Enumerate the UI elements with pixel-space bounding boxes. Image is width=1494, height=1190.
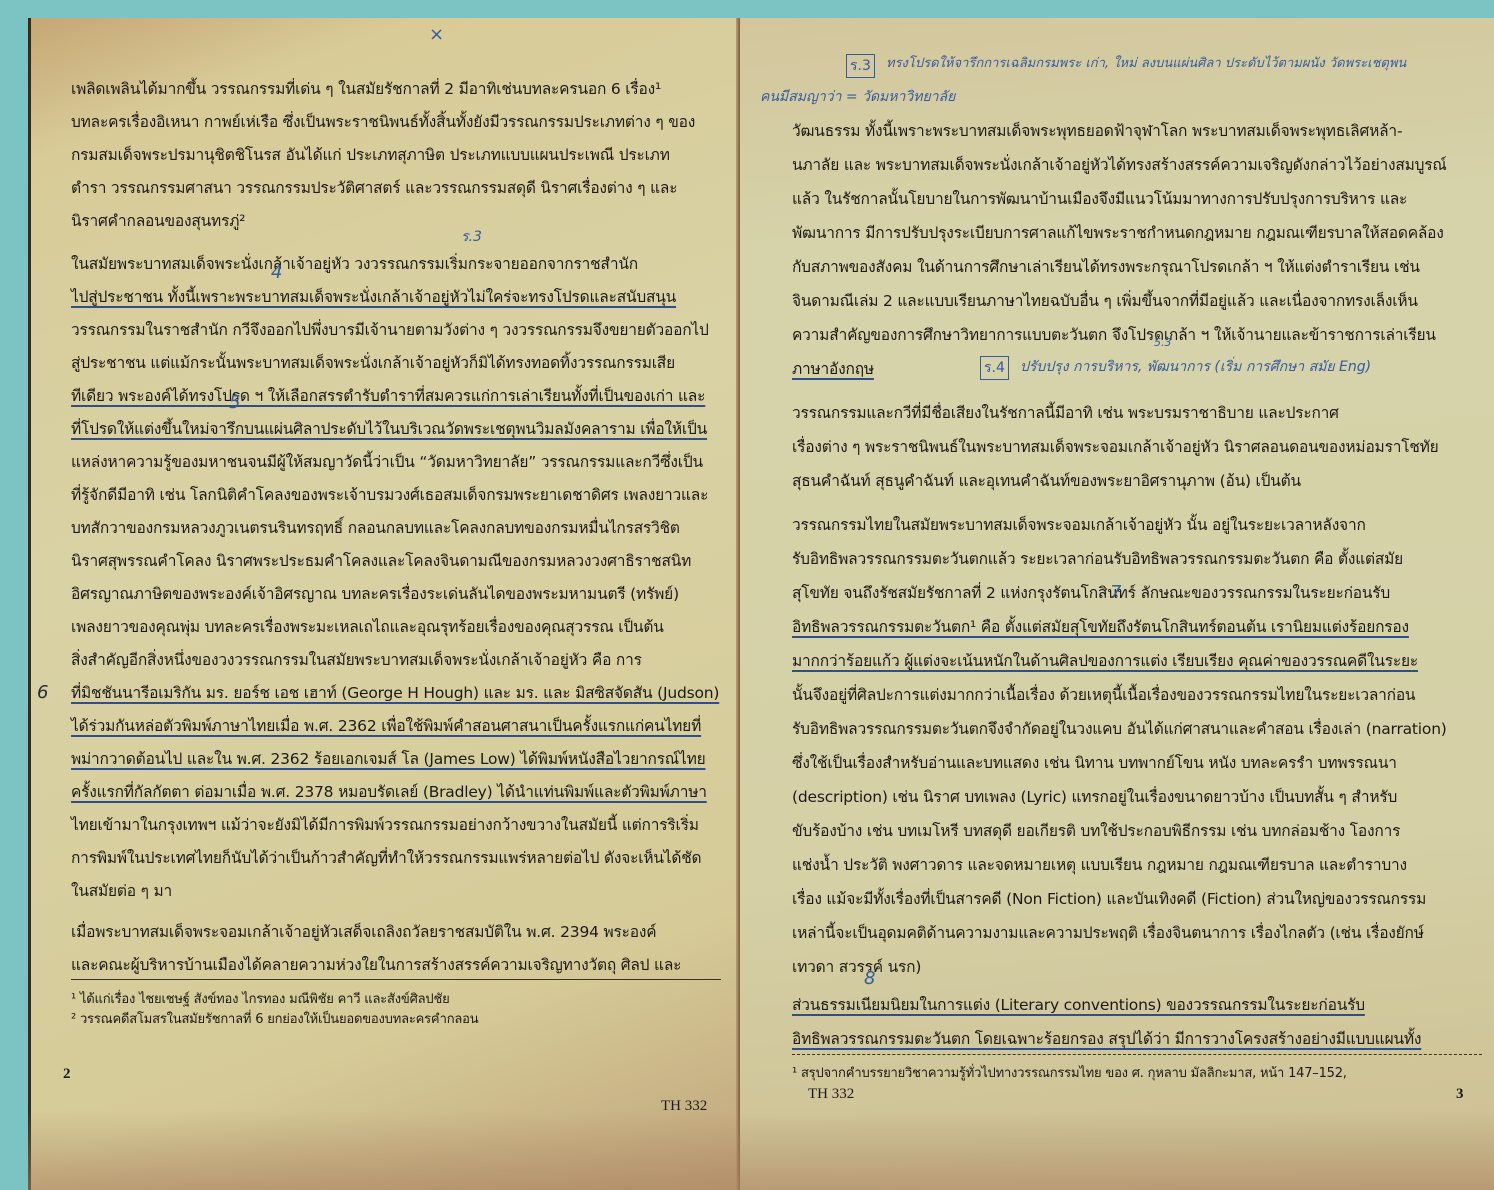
text-line: รับอิทธิพลวรรณกรรมตะวันตกแล้ว ระยะเวลาก่… [792,546,1403,571]
text-line: ที่มิชชันนารีอเมริกัน มร. ยอร์ช เอช เฮาท… [71,680,719,705]
text-line: การพิมพ์ในประเทศไทยก็นับได้ว่าเป็นก้าวสำ… [71,845,701,870]
text-line: ได้ร่วมกันหล่อตัวพิมพ์ภาษาไทยเมื่อ พ.ศ. … [71,713,701,738]
text-line: แช่งน้ำ ประวัติ พงศาวดาร และจดหมายเหตุ แ… [792,852,1407,877]
text-line: อิทธิพลวรรณกรรมตะวันตก¹ คือ ตั้งแต่สมัยส… [792,614,1409,639]
text-line: มากกว่าร้อยแก้ว ผู้แต่งจะเน้นหนักในด้านศ… [792,648,1418,673]
paper-stain [28,1110,1494,1190]
text-line: สุโขทัย จนถึงรัชสมัยรัชกาลที่ 2 แห่งกรุง… [792,580,1390,605]
text-line: บทละครเรื่องอิเหนา กาพย์เห่เรือ ซึ่งเป็น… [71,109,695,134]
page-number: 2 [63,1066,71,1083]
text-line: ในสมัยต่อ ๆ มา [71,878,172,903]
text-line: นั้นจึงอยู่ที่ศิลปะการแต่งมากกว่าเนื้อเร… [792,682,1415,707]
text-line: แล้ว ในรัชกาลนั้นโยบายในการพัฒนาบ้านเมือ… [792,186,1407,211]
text-line: จินดามณีเล่ม 2 และแบบเรียนภาษาไทยฉบับอื่… [792,288,1418,313]
handwritten-note: คนมีสมญาว่า = วัดมหาวิทยาลัย [760,86,955,108]
text-line: รับอิทธิพลวรรณกรรมตะวันตกจึงจำกัดอยู่ในว… [792,716,1447,741]
handwritten-mark: 8 [864,968,875,989]
course-code: TH 332 [808,1086,854,1103]
text-line: ไทยเข้ามาในกรุงเทพฯ แม้ว่าจะยังมิได้มีกา… [71,812,699,837]
text-line: นิราศสุพรรณคำโคลง นิราศพระประธมคำโคลงและ… [71,548,691,573]
text-line: เหล่านี้จะเป็นอุดมคติด้านความงามและความป… [792,920,1424,945]
handwritten-note: ทรงโปรดให้จารึกการเฉลิมกรมพระ เก่า, ใหม่… [886,52,1406,73]
text-line: ภาษาอังกฤษ [792,356,874,381]
text-line: พม่ากวาดต้อนไป และใน พ.ศ. 2362 ร้อยเอกเจ… [71,746,705,771]
handwritten-box: ร.3 [846,54,875,78]
text-line: (description) เช่น นิราศ บทเพลง (Lyric) … [792,784,1397,809]
handwritten-mark: × [429,24,444,45]
footnote: ¹ ได้แก่เรื่อง ไชยเชษฐ์ สังข์ทอง ไกรทอง … [71,988,450,1009]
handwritten-note: 5.3 [1154,336,1172,349]
text-line: พัฒนาการ มีการปรับปรุงระเบียบการศาลแก้ไข… [792,220,1444,245]
text-line: ตำรา วรรณกรรมศาสนา วรรณกรรมประวัติศาสตร์… [71,175,677,200]
text-line: วรรณกรรมในราชสำนัก กวีจึงออกไปพึ่งบารมีเ… [71,317,709,342]
text-line: ในสมัยพระบาทสมเด็จพระนั่งเกล้าเจ้าอยู่หั… [71,251,638,276]
page-number: 3 [1456,1086,1464,1103]
text-line: นิราศคำกลอนของสุนทรภู่² [71,208,245,233]
text-line: นภาลัย และ พระบาทสมเด็จพระนั่งเกล้าเจ้าอ… [792,152,1447,177]
text-line: เมื่อพระบาทสมเด็จพระจอมเกล้าเจ้าอยู่หัวเ… [71,919,656,944]
text-line: ไปสู่ประชาชน ทั้งนี้เพราะพระบาทสมเด็จพระ… [71,284,676,309]
text-line: ส่วนธรรมเนียมนิยมในการแต่ง (Literary con… [792,992,1365,1017]
text-line: และคณะผู้บริหารบ้านเมืองได้คลายความห่วงใ… [71,952,681,977]
text-line: อิศรญาณภาษิตของพระองค์เจ้าอิศรญาณ บทละคร… [71,581,679,606]
text-line: เรื่องต่าง ๆ พระราชนิพนธ์ในพระบาทสมเด็จพ… [792,434,1439,459]
open-book: เพลิดเพลินได้มากขึ้น วรรณกรรมที่เด่น ๆ ใ… [28,18,1494,1190]
handwritten-box: ร.4 [980,356,1009,380]
handwritten-mark: ร.3 [461,226,482,248]
text-line: แหล่งหาความรู้ของมหาชนจนมีผู้ให้สมญาวัดน… [71,449,703,474]
handwritten-mark: 6 [37,682,48,703]
handwritten-note: ปรับปรุง การบริหาร, พัฒนาการ (เริ่ม การศ… [1020,356,1371,378]
text-line: สิ่งสำคัญอีกสิ่งหนึ่งของวงวรรณกรรมในสมัย… [71,647,642,672]
text-line: กรมสมเด็จพระปรมานุชิตชิโนรส อันได้แก่ ปร… [71,142,670,167]
text-line: วรรณกรรมและกวีที่มีชื่อเสียงในรัชกาลนี้ม… [792,400,1339,425]
text-line: ครั้งแรกที่กัลกัตตา ต่อมาเมื่อ พ.ศ. 2378… [71,779,707,804]
right-page: ร.3 ทรงโปรดให้จารึกการเฉลิมกรมพระ เก่า, … [740,18,1494,1190]
text-line: ความสำคัญของการศึกษาวิทยาการแบบตะวันตก จ… [792,322,1436,347]
footnote: ² วรรณคดีสโมสรในสมัยรัชกาลที่ 6 ยกย่องให… [71,1008,478,1029]
text-line: วัฒนธรรม ทั้งนี้เพราะพระบาทสมเด็จพระพุทธ… [792,118,1402,143]
text-line: ซึ่งใช้เป็นเรื่องสำหรับอ่านและบทแสดง เช่… [792,750,1397,775]
text-line: สู่ประชาชน แต่แม้กระนั้นพระบาทสมเด็จพระน… [71,350,675,375]
left-page: เพลิดเพลินได้มากขึ้น วรรณกรรมที่เด่น ๆ ใ… [28,18,741,1190]
footnote-divider [71,979,721,980]
text-line: เพลิดเพลินได้มากขึ้น วรรณกรรมที่เด่น ๆ ใ… [71,76,661,101]
handwritten-mark: 5 [229,392,240,413]
handwritten-mark: 4 [271,262,282,283]
text-line: เรื่อง แม้จะมีทั้งเรื่องที่เป็นสารคดี (N… [792,886,1426,911]
text-line: สุธนคำฉันท์ สุธนูคำฉันท์ และอุเทนคำฉันท์… [792,468,1301,493]
text-line: ขับร้องบ้าง เช่น บทเมโหรี บทสดุดี ยอเกีย… [792,818,1400,843]
text-line: อิทธิพลวรรณกรรมตะวันตก โดยเฉพาะร้อยกรอง … [792,1026,1421,1051]
text-line: วรรณกรรมไทยในสมัยพระบาทสมเด็จพระจอมเกล้า… [792,512,1366,537]
footnote-divider [792,1054,1482,1055]
text-line: ที่รู้จักดีมีอาทิ เช่น โลกนิติคำโคลงของพ… [71,482,708,507]
text-line: ที่โปรดให้แต่งขึ้นใหม่จารึกบนแผ่นศิลาประ… [71,416,707,441]
text-line: เพลงยาวของคุณพุ่ม บทละครเรื่องพระมะเหลเถ… [71,614,664,639]
handwritten-mark: 7 [1110,582,1121,603]
text-line: กับสภาพของสังคม ในด้านการศึกษาเล่าเรียนไ… [792,254,1420,279]
footnote: ¹ สรุปจากคำบรรยายวิชาความรู้ทั่วไปทางวรร… [792,1062,1347,1083]
text-line: บทสักวาของกรมหลวงภูวเนตรนรินทรฤทธิ์ กลอน… [71,515,680,540]
text-line: เทวดา สวรรค์ นรก) [792,954,921,979]
text-line: ทีเดียว พระองค์ได้ทรงโปรด ฯ ให้เลือกสรรต… [71,383,705,408]
